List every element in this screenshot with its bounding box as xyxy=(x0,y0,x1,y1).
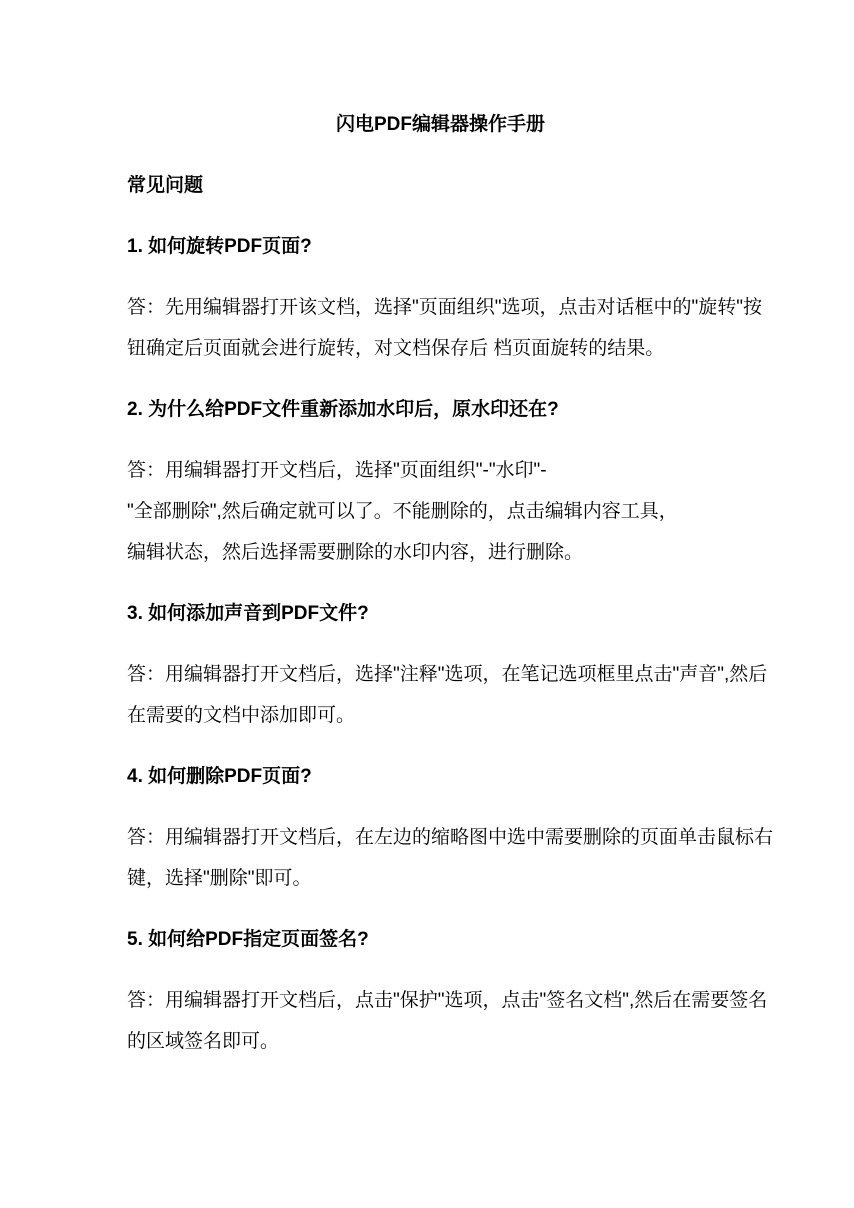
faq-answer-4: 答：用编辑器打开文档后，在左边的缩略图中选中需要删除的页面单击鼠标右 键，选择"… xyxy=(127,817,754,899)
faq-answer-5: 答：用编辑器打开文档后，点击"保护"选项，点击"签名文档",然后在需要签名 的区… xyxy=(127,980,754,1062)
faq-question-5: 5. 如何给PDF指定页面签名? xyxy=(127,919,754,960)
faq-question-2: 2. 为什么给PDF文件重新添加水印后，原水印还在? xyxy=(127,389,754,430)
answer-line: 的区域签名即可。 xyxy=(127,1021,754,1062)
faq-answer-1: 答：先用编辑器打开该文档，选择"页面组织"选项，点击对话框中的"旋转"按 钮确定… xyxy=(127,287,754,369)
answer-line: 答：用编辑器打开文档后，点击"保护"选项，点击"签名文档",然后在需要签名 xyxy=(127,980,754,1021)
document-title: 闪电PDF编辑器操作手册 xyxy=(127,104,754,145)
faq-item-2: 2. 为什么给PDF文件重新添加水印后，原水印还在? 答：用编辑器打开文档后，选… xyxy=(127,389,754,573)
faq-item-5: 5. 如何给PDF指定页面签名? 答：用编辑器打开文档后，点击"保护"选项，点击… xyxy=(127,919,754,1062)
faq-answer-2: 答：用编辑器打开文档后，选择"页面组织"-"水印"- "全部删除",然后确定就可… xyxy=(127,450,754,573)
faq-question-4: 4. 如何删除PDF页面? xyxy=(127,756,754,797)
answer-line: "全部删除",然后确定就可以了。不能删除的，点击编辑内容工具， xyxy=(127,491,754,532)
answer-line: 钮确定后页面就会进行旋转，对文档保存后 档页面旋转的结果。 xyxy=(127,328,754,369)
answer-line: 答：先用编辑器打开该文档，选择"页面组织"选项，点击对话框中的"旋转"按 xyxy=(127,287,754,328)
faq-item-3: 3. 如何添加声音到PDF文件? 答：用编辑器打开文档后，选择"注释"选项，在笔… xyxy=(127,593,754,736)
answer-line: 编辑状态，然后选择需要删除的水印内容，进行删除。 xyxy=(127,532,754,573)
answer-line: 键，选择"删除"即可。 xyxy=(127,858,754,899)
answer-line: 在需要的文档中添加即可。 xyxy=(127,695,754,736)
faq-item-1: 1. 如何旋转PDF页面? 答：先用编辑器打开该文档，选择"页面组织"选项，点击… xyxy=(127,226,754,369)
document-page: 闪电PDF编辑器操作手册 常见问题 1. 如何旋转PDF页面? 答：先用编辑器打… xyxy=(0,0,854,1208)
faq-question-3: 3. 如何添加声音到PDF文件? xyxy=(127,593,754,634)
answer-line: 答：用编辑器打开文档后，选择"注释"选项，在笔记选项框里点击"声音",然后 xyxy=(127,654,754,695)
answer-line: 答：用编辑器打开文档后，在左边的缩略图中选中需要删除的页面单击鼠标右 xyxy=(127,817,754,858)
answer-line: 答：用编辑器打开文档后，选择"页面组织"-"水印"- xyxy=(127,450,754,491)
faq-answer-3: 答：用编辑器打开文档后，选择"注释"选项，在笔记选项框里点击"声音",然后 在需… xyxy=(127,654,754,736)
faq-question-1: 1. 如何旋转PDF页面? xyxy=(127,226,754,267)
section-heading: 常见问题 xyxy=(127,165,754,206)
faq-item-4: 4. 如何删除PDF页面? 答：用编辑器打开文档后，在左边的缩略图中选中需要删除… xyxy=(127,756,754,899)
